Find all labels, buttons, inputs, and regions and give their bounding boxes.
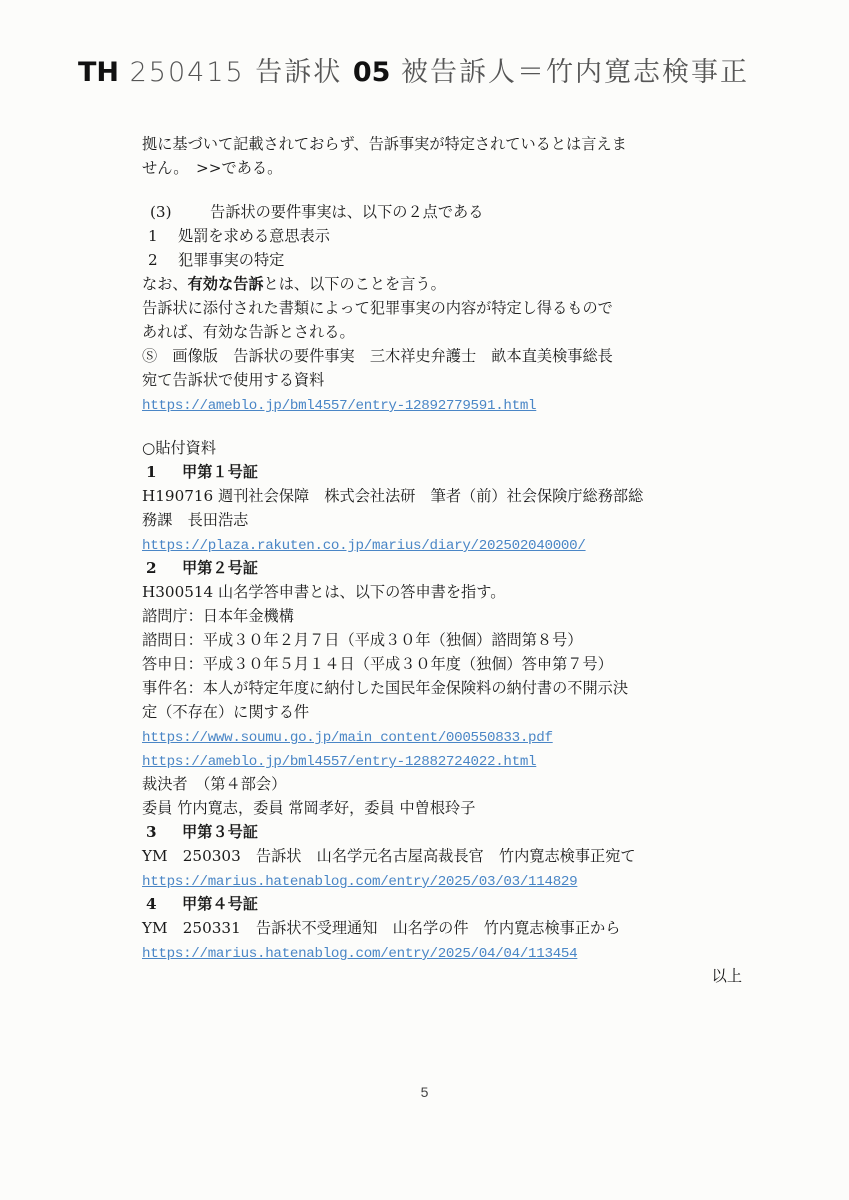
exhibit-line: 諮問庁：日本年金機構 xyxy=(142,604,782,628)
explanation-line: あれば、有効な告訴とされる。 xyxy=(142,320,782,344)
exhibit-label: 甲第３号証 xyxy=(182,823,258,841)
handwritten-number: 05 xyxy=(353,57,391,88)
item-number: 2 xyxy=(142,248,178,272)
note-prefix: なお、 xyxy=(142,275,188,293)
exhibit-number: 3 xyxy=(142,820,182,844)
exhibit-link[interactable]: https://marius.hatenablog.com/entry/2025… xyxy=(142,874,577,890)
spacer xyxy=(142,180,782,200)
item-number: 1 xyxy=(142,224,178,248)
handwritten-date: 250415 告訴状 xyxy=(130,57,343,88)
reference-line: Ⓢ 画像版 告訴状の要件事実 三木祥史弁護士 畝本直美検事総長 xyxy=(142,344,782,368)
exhibit-label: 甲第４号証 xyxy=(182,895,258,913)
requirement-item: 1処罰を求める意思表示 xyxy=(142,224,782,248)
explanation-line: 告訴状に添付された書類によって犯罪事実の内容が特定し得るもので xyxy=(142,296,782,320)
exhibit-line: H300514 山名学答申書とは、以下の答申書を指す。 xyxy=(142,580,782,604)
requirement-item: 2犯罪事実の特定 xyxy=(142,248,782,272)
exhibit-number: 4 xyxy=(142,892,182,916)
section-title: 告訴状の要件事実は、以下の２点である xyxy=(210,203,483,221)
exhibit-number: 1 xyxy=(142,460,182,484)
exhibit-line: 答申日：平成３０年５月１４日（平成３０年度（独個）答申第７号） xyxy=(142,652,782,676)
section-heading: (3)告訴状の要件事実は、以下の２点である xyxy=(142,200,782,224)
closing-text: 以上 xyxy=(142,964,782,988)
exhibit-number: 2 xyxy=(142,556,182,580)
handwritten-prefix: TH xyxy=(78,57,119,88)
exhibit-line: 定（不存在）に関する件 xyxy=(142,700,782,724)
exhibit-line: YM 250303 告訴状 山名学元名古屋高裁長官 竹内寛志検事正宛て xyxy=(142,844,782,868)
exhibit-label: 甲第１号証 xyxy=(182,463,258,481)
note-suffix: とは、以下のことを言う。 xyxy=(264,275,446,293)
exhibit-link[interactable]: https://www.soumu.go.jp/main_content/000… xyxy=(142,730,553,746)
reference-line: 宛て告訴状で使用する資料 xyxy=(142,368,782,392)
note-line: なお、有効な告訴とは、以下のことを言う。 xyxy=(142,272,782,296)
item-text: 処罰を求める意思表示 xyxy=(178,227,330,245)
exhibit-heading: 2甲第２号証 xyxy=(142,556,782,580)
exhibit-link[interactable]: https://ameblo.jp/bml4557/entry-12882724… xyxy=(142,754,536,770)
exhibit-line: H190716 週刊社会保障 株式会社法研 筆者（前）社会保険庁総務部総 xyxy=(142,484,782,508)
intro-line: せん。 >>である。 xyxy=(142,156,782,180)
intro-line: 拠に基づいて記載されておらず、告訴事実が特定されているとは言えま xyxy=(142,132,782,156)
exhibit-line: 諮問日：平成３０年２月７日（平成３０年（独個）諮問第８号） xyxy=(142,628,782,652)
exhibit-link[interactable]: https://plaza.rakuten.co.jp/marius/diary… xyxy=(142,538,586,554)
note-bold-term: 有効な告訴 xyxy=(188,275,264,293)
exhibit-heading: 1甲第１号証 xyxy=(142,460,782,484)
exhibit-link[interactable]: https://marius.hatenablog.com/entry/2025… xyxy=(142,946,577,962)
document-body: 拠に基づいて記載されておらず、告訴事実が特定されているとは言えま せん。 >>で… xyxy=(142,132,782,988)
handwritten-title: 被告訴人＝竹内寛志検事正 xyxy=(401,57,749,88)
exhibit-line: 務課 長田浩志 xyxy=(142,508,782,532)
exhibit-heading: 4甲第４号証 xyxy=(142,892,782,916)
handwritten-header: TH 250415 告訴状 05 被告訴人＝竹内寛志検事正 xyxy=(78,50,749,89)
exhibit-line: 委員 竹内寛志，委員 常岡孝好，委員 中曽根玲子 xyxy=(142,796,782,820)
item-text: 犯罪事実の特定 xyxy=(178,251,284,269)
document-page: TH 250415 告訴状 05 被告訴人＝竹内寛志検事正 拠に基づいて記載され… xyxy=(0,0,849,1200)
exhibit-line: 裁決者 （第４部会） xyxy=(142,772,782,796)
attachments-title: ○貼付資料 xyxy=(142,436,782,460)
exhibit-line: 事件名：本人が特定年度に納付した国民年金保険料の納付書の不開示決 xyxy=(142,676,782,700)
section-number: (3) xyxy=(142,200,210,224)
exhibit-heading: 3甲第３号証 xyxy=(142,820,782,844)
page-number: 5 xyxy=(0,1084,849,1100)
exhibit-label: 甲第２号証 xyxy=(182,559,258,577)
exhibit-line: YM 250331 告訴状不受理通知 山名学の件 竹内寛志検事正から xyxy=(142,916,782,940)
reference-link[interactable]: https://ameblo.jp/bml4557/entry-12892779… xyxy=(142,398,536,414)
spacer xyxy=(142,416,782,436)
